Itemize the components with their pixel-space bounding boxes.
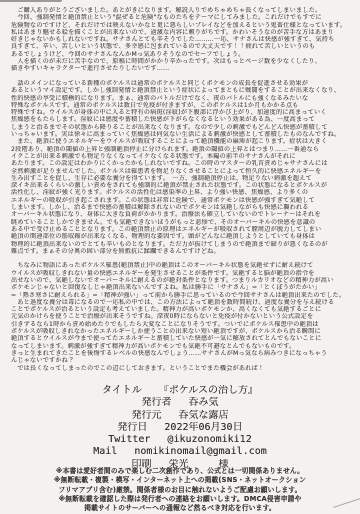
text-line: 性的快感の享受に積極的になります。まぁ、通常のバトルだけでなく、夜のバトルにも強…: [11, 95, 352, 102]
colophon-label-date: 発行日: [117, 422, 147, 434]
colophon-value-title: 『ポケルスの治し方』: [159, 385, 258, 397]
colophon-value-author: 呑み気: [189, 397, 219, 409]
text-line: 生み出すことを促し、生存に必要な養分を得ています。 一方、強制絶頂停止は、物足り…: [11, 175, 352, 182]
text-line: 危険物なのですけど、それだけでは映えないかなと更に悪らしいプレイなどを加えるとい…: [11, 22, 352, 29]
text-line: ことでポケルスが治るという設定も考えていました。精神力が高いポケモンか、高くなく…: [11, 306, 352, 313]
text-line: 特殊なポケルスです。通常のポケルスは数日で免疫が付きますが、このポケルスは1か月…: [11, 102, 352, 109]
scanned-afterword-page: ご購入ありがとうございました。あとがきになります。解説入りでめちゃめちゃ長くなっ…: [0, 0, 360, 514]
colophon-row-twitter: Twitter @ikuzonomiki12: [0, 434, 360, 446]
text-line: 特殊ですね。ウイルスが身体の中に入ると特有の病斑(淫紋)が下腹部に浮かび上がり、…: [11, 109, 352, 116]
text-line: =「熱さ寒さに耐えられる」=「精神が強い」って前から勝手に思っているので今回サナ…: [11, 292, 352, 299]
text-line: ある中で受け止めることとなります。この絶頂禁止の原理はエネルギーが吸収されて膣周…: [11, 226, 352, 233]
colophon-label-author: 発行者: [142, 397, 172, 409]
text-line: オーバーキル状態になり、身体に大きな負荷がかかります。治療法も確立していないので…: [11, 211, 352, 218]
text-line: しまうと治るまでその状態から降りることが出来なくなります。なので少しの刺激でもど…: [11, 124, 352, 131]
text-line: 引きずるなら1時から責め始めたりでもしたら大変なことになりそうです。ついでにポケ…: [11, 321, 352, 328]
text-line: 話のメインになっている新種のポケルスは通常のポケルスと同じくポケモンの成長を促進…: [11, 80, 352, 87]
text-line: 活性化し、淫紋が強く光ります。ポケルスの活性化は感染率の上昇、より強い快感、焦燥…: [11, 189, 352, 196]
text-line: また、絶頂に使うエネルギーをウイルスが吸収することによって絶頂機能の麻痺が起こり…: [11, 138, 352, 145]
colophon-row-author: 発行者 呑み気: [0, 397, 360, 409]
afterword-paragraph-2: 話のメインになっている新種のポケルスは通常のポケルスと同じくポケモンの成長を促進…: [11, 80, 352, 255]
colophon-value-date: 2022年06月30日: [164, 422, 242, 434]
text-line: 出せないので、気絶しないでオーバーキルに耐えるのが絶対条件となります。つまりルカ…: [11, 277, 352, 284]
text-line: ちなみに物語にあったポケルス罹患(絶頂禁止)中の絶頂はこのオーバーキル状態を気絶…: [11, 262, 352, 269]
colophon-row-mail: Mail nomikinomail@gmail.com: [0, 446, 360, 458]
text-line: きっと生まれてきたことを後悔するレベルの快感なんでしょう……サナさんがMっ気なら…: [11, 350, 352, 357]
text-line: しまいます。しかし、治るまで快感の蓄積は解除されないのでポケモンは気絶しながらも…: [11, 204, 352, 211]
text-line: んじゃないですかね？: [11, 357, 352, 364]
afterword-text: ご購入ありがとうございました。あとがきになります。解説入りでめちゃめちゃ長くなっ…: [11, 7, 352, 372]
text-line: なってしまいます。刺激が強すぎて精神力が高いポケモンでも気絶不可避なとんでもない…: [11, 343, 352, 350]
text-line: 好きじゃないかもしれないですね。サナさんとても辛そうでした………一応、サナさんは…: [11, 36, 352, 43]
afterword-paragraph-1: ご購入ありがとうございました。あとがきになります。解説入りでめちゃめちゃ長くなっ…: [11, 7, 352, 73]
colophon-row-date: 発行日 2022年06月30日: [0, 422, 360, 434]
text-line: イクことが出来る刺激でも物足りなくなってイケなくなる状態です。本編の前半のサナさ…: [11, 153, 352, 160]
text-line: いっちゃいます。実は徐々に高まっていく焦燥感は何気ない生活による刺激が快感として…: [11, 131, 352, 138]
text-line: 2段階あり、絶頂の閾値の上昇と強制絶頂停止に分けられます。絶頂の閾値の上昇とはつ…: [11, 146, 352, 153]
text-line: ポケルスが吸収しきれなかったエネルギーしか使うことの出来ない短い絶頂ですが、ポケ…: [11, 328, 352, 335]
text-line: ※本書は愛好者間のみで楽しむ二次創作であり、公式とは一切関係ありません。: [0, 467, 360, 476]
text-line: 今回、強制発情と絶頂禁止という"混ぜると危険"なものたちをテーマにしてみました。…: [11, 14, 352, 21]
text-line: ご購入ありがとうございました。あとがきになります。解説入りでめちゃめちゃ長くなっ…: [11, 7, 352, 14]
text-line: ウイルスが吸収しきれない量の快感エネルギーを発生させることが条件です。気絶すると…: [11, 270, 352, 277]
colophon-row-publisher: 発行元 呑気な露店: [0, 410, 360, 422]
text-line: 元気のかけらを使うことで治療が出来そうですね。深夜0時にならないと免疫が付かない…: [11, 313, 352, 320]
colophon-value-mail-address: nomikinomail@gmail.com: [134, 446, 266, 458]
text-line: では長くなってしまったのでこの辺にしておきます。ということでまた機会があれば！: [11, 365, 352, 372]
text-line: 絶頂の関連部位の筋収縮が出来なくなる、物理的な要因です。頭がどんなに絶頂しようと…: [11, 233, 352, 240]
colophon-label-title: タイトル: [102, 385, 142, 397]
text-line: 描きやすいキャラクターで進行させたりしたいです……: [11, 65, 352, 72]
afterword-paragraph-3: ちなみに物語にあったポケルス罹患(絶頂禁止)中の絶頂はこのオーバーキル状態を気絶…: [11, 262, 352, 371]
text-line: 眺めていることしかできません。でも気絶できないほうがもっと悲惨で、そのオーバーキ…: [11, 219, 352, 226]
text-line: 絶頂するとウイルスが今まで使ってたエネルギーと蓄積していた快感が一気に解放されて…: [11, 335, 352, 342]
text-line: 掲載サイトのサーバーへの通報など然るべき対応を行います。: [0, 504, 360, 513]
text-line: あるでしょうけど、今回のサナさんなんかMっ気ありそうなのでセーフでしょう。: [11, 51, 352, 58]
colophon-row-title: タイトル 『ポケルスの治し方』: [0, 385, 360, 397]
text-line: あるというマイ設定です。しかし強制発情と絶頂禁止という症状によってまともに戦闘を…: [11, 87, 352, 94]
text-line: ポケモンじゃないと回復なしじゃ絶頂出来ないんですよね。私は勝手に「サナさん」=「…: [11, 284, 352, 291]
text-line: 焦燥感をもたらします。淫紋には感度や蓄積した快感が下がらなくなるという効果がある…: [11, 116, 352, 123]
text-line: あと過度な養分は毒になるので一応私の中では、この方法によって絶頂を数時間続け、過…: [11, 299, 352, 306]
text-line: ※無断転載を確認した際は発行者への連絡をお願いします。DMCA侵害申請や: [0, 495, 360, 504]
text-line: 人を描くのが未だに苦手なので、原稿に時間がかかり辛かったです。次はもっとページ数…: [11, 58, 352, 65]
colophon: タイトル 『ポケルスの治し方』 発行者 呑み気 発行元 呑気な露店 発行日 20…: [0, 385, 360, 471]
colophon-label-twitter: Twitter: [108, 434, 150, 446]
text-line: フリマアプリ含む)厳禁。関係者様のお目に触れないようご配慮お願いします。: [0, 486, 360, 495]
colophon-label-mail: Mail: [93, 446, 117, 458]
text-line: 全然刺激が足りませんでした。ポケルスは罹患者を物足りなくさせることによって恒久的…: [11, 168, 352, 175]
colophon-value-twitter-handle: @ikuzonomiki12: [167, 434, 251, 446]
disclaimer-notice: ※本書は愛好者間のみで楽しむ二次創作であり、公式とは一切関係ありません。※無断転…: [0, 467, 360, 513]
text-line: 私はあまり魅せる絵を描くことが出来ないので、過激な内容に頼りがちです。かわいそう…: [11, 29, 352, 36]
colophon-value-publisher: 呑気な露店: [179, 410, 229, 422]
scan-edge-artifact: [0, 0, 62, 2]
text-line: 難点です。まぁその分奥の固い部分を無抵抗に蹂躙できるんですけどね。: [11, 248, 352, 255]
text-line: あたります。この設定はわかりにくかったかもしれないですね。この時のマスターの乳首…: [11, 160, 352, 167]
text-line: ※無断転載・複製・模写・インターネット上への掲載(SNS・ネットオークション: [0, 476, 360, 485]
text-line: 物理的に絶頂出来ないのでとても辛いものとなります。ただ力が抜けてしまうので絶頂ま…: [11, 241, 352, 248]
colophon-label-publisher: 発行元: [132, 410, 162, 422]
text-line: 深イキ出来るくらいの激しい責めをされても強制的に絶頂が禁止された状態です。この状…: [11, 182, 352, 189]
text-line: エネルギーの吸収が引き起こされます。この状態は非常に危険で、通常ポケモンは快感が…: [11, 197, 352, 204]
text-line: 良すぎて、辛い、苦しいという状態で、多幸感に包まれているので大丈夫です！！疲れて…: [11, 43, 352, 50]
